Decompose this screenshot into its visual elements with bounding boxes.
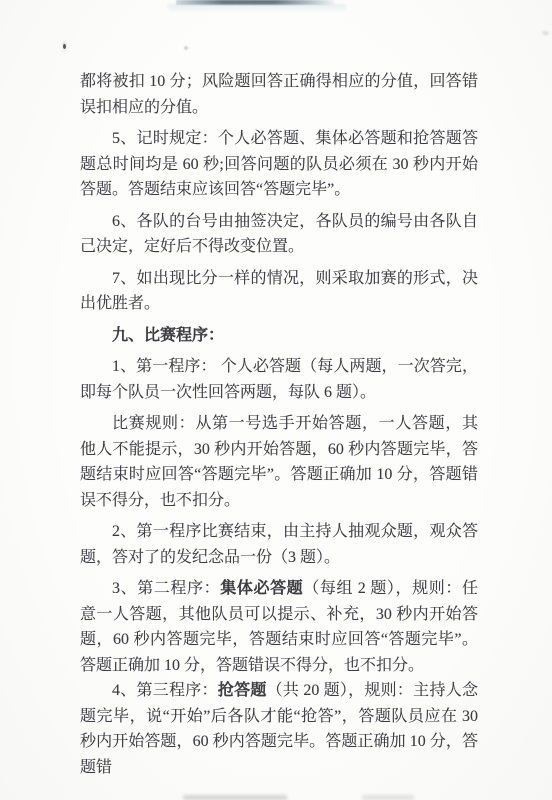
paragraph-rules: 比赛规则：从第一号选手开始答题，一人答题，其他人不能提示，30 秒内开始答题，6… xyxy=(80,411,478,513)
bold-text-run: 九、比赛程序： xyxy=(112,327,224,344)
scan-artifact-bleed-mark xyxy=(362,795,414,800)
bold-text-run: 抢答题 xyxy=(218,682,267,699)
document-text: 都将被扣 10 分；风险题回答正确得相应的分值，回答错误扣相应的分值。5、记时规… xyxy=(80,69,478,786)
scan-artifact-speck xyxy=(63,44,66,49)
scan-artifact-bleed-mark xyxy=(183,795,287,800)
text-run: 比赛规则：从第一号选手开始答题，一人答题，其他人不能提示，30 秒内开始答题，6… xyxy=(80,415,478,509)
scan-artifact-top-smudge-wash xyxy=(168,4,346,13)
scanned-document-page: 都将被扣 10 分；风险题回答正确得相应的分值，回答错误扣相应的分值。5、记时规… xyxy=(0,0,552,800)
section-heading: 九、比赛程序： xyxy=(80,323,478,349)
scan-artifact-speck xyxy=(184,46,188,50)
text-run: 1、第一程序： 个人必答题（每人两题，一次答完，即每个队员一次性回答两题，每队 … xyxy=(80,358,478,401)
paragraph-item-6: 6、各队的台号由抽签决定，各队员的编号由各队自己决定，定好后不得改变位置。 xyxy=(80,209,478,260)
paragraph-item-5: 5、记时规定：个人必答题、集体必答题和抢答题答题总时间均是 60 秒;回答问题的… xyxy=(80,126,478,203)
text-run: 6、各队的台号由抽签决定，各队员的编号由各队自己决定，定好后不得改变位置。 xyxy=(80,213,478,256)
text-run: 3、第二程序： xyxy=(112,580,220,597)
text-run: 4、第三程序： xyxy=(112,682,218,699)
paragraph-procedure-1: 1、第一程序： 个人必答题（每人两题，一次答完，即每个队员一次性回答两题，每队 … xyxy=(80,354,478,405)
text-run: 5、记时规定：个人必答题、集体必答题和抢答题答题总时间均是 60 秒;回答问题的… xyxy=(80,130,478,198)
bold-text-run: 集体必答题 xyxy=(220,580,303,597)
paragraph-procedure-3: 3、第二程序：集体必答题（每组 2 题），规则：任意一人答题，其他队员可以提示、… xyxy=(80,576,478,678)
paragraph-item-7: 7、如出现比分一样的情况，则采取加赛的形式，决出优胜者。 xyxy=(80,266,478,317)
paragraph-procedure-2: 2、第一程序比赛结束，由主持人抽观众题，观众答题，答对了的发纪念品一份（3 题）… xyxy=(80,519,478,570)
paragraph-procedure-4: 4、第三程序：抢答题（共 20 题），规则：主持人念题完毕，说“开始”后各队才能… xyxy=(80,678,478,780)
text-run: 7、如出现比分一样的情况，则采取加赛的形式，决出优胜者。 xyxy=(80,270,478,313)
paragraph-continuation: 都将被扣 10 分；风险题回答正确得相应的分值，回答错误扣相应的分值。 xyxy=(80,69,478,120)
text-run: 都将被扣 10 分；风险题回答正确得相应的分值，回答错误扣相应的分值。 xyxy=(80,73,478,116)
text-run: 2、第一程序比赛结束，由主持人抽观众题，观众答题，答对了的发纪念品一份（3 题）… xyxy=(80,523,478,566)
scan-artifact-speck xyxy=(542,31,549,35)
